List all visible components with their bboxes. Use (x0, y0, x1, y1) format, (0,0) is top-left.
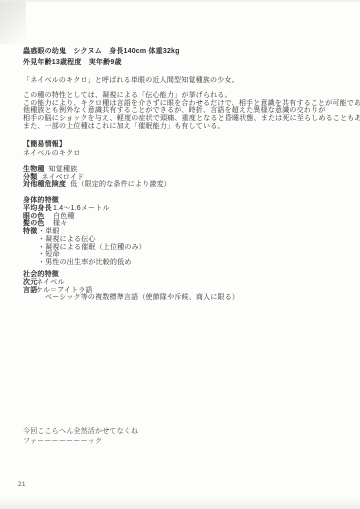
scan-corner-shadow (0, 0, 26, 44)
field-label: 平均身長 (23, 205, 53, 213)
description-line: 相手の脳にショックを与え、軽度の症状で頭痛、重度となると昏睡状態、または死に至ら… (23, 115, 360, 123)
language-extra-line: ベーシック等の複数標準言語（使節隊や斥候、商人に限る） (45, 294, 239, 302)
footnote-line: 今回ここらへん全然活かせてなくね (23, 428, 138, 436)
field-label: 対他種危険度 (23, 181, 66, 189)
character-age-line: 外見年齢13歳程度 実年齢9歳 (23, 59, 180, 67)
page-number: 21 (18, 481, 26, 488)
field-label: 言語 (23, 287, 36, 295)
footnote-line: ファーーーーーーーック (23, 438, 138, 446)
traits-label: 特徴 (23, 228, 38, 267)
trait-item: ・短命 (38, 251, 146, 259)
field-value: 低（限定的な条件により激変） (70, 181, 171, 189)
physical-fields: 平均身長 1.4～1.6メートル 眼の色 白色種 髪の色 様々 特徴 ・単眼 ・… (23, 205, 146, 267)
field-value: 知覚種族 (49, 166, 78, 174)
character-title-line: 蟲惑眼の幼鬼 シクヌム 身長140cm 体重32kg (23, 48, 180, 56)
description-paragraph: この種の特性としては、凝視による「伝心能力」が挙げられる。 この能力により、キク… (23, 92, 360, 131)
field-label: 髪の色 (23, 220, 53, 228)
field-label: 次元 (23, 279, 36, 287)
trait-item: ・男性の出生率が比較的低め (38, 259, 146, 267)
social-field-row: 次元 ネイベル (23, 279, 93, 287)
field-value: 様々 (53, 220, 67, 228)
traits-list: ・単眼 ・凝視による伝心 ・凝視による催眠（上位種のみ） ・短命 ・男性の出生率… (38, 228, 146, 267)
traits-row: 特徴 ・単眼 ・凝視による伝心 ・凝視による催眠（上位種のみ） ・短命 ・男性の… (23, 228, 146, 267)
scanned-document-page: 蟲惑眼の幼鬼 シクヌム 身長140cm 体重32kg 外見年齢13歳程度 実年齢… (0, 0, 360, 509)
info-section-title: 【簡易情報】 (23, 141, 66, 149)
bio-field-row: 生物種 知覚種族 (23, 166, 171, 174)
social-fields: 次元 ネイベル 言語 ケル＝アイトラ語 (23, 279, 93, 294)
trait-item: ・凝視による伝心 (38, 236, 146, 244)
scan-bottom-edge-shadow (0, 496, 360, 509)
character-header: 蟲惑眼の幼鬼 シクヌム 身長140cm 体重32kg 外見年齢13歳程度 実年齢… (23, 48, 180, 66)
description-line: 他種族とも例外なく意識共有することができるが、時折、言語を超えた異様な意識の交わ… (23, 107, 360, 115)
description-line: この種の特性としては、凝視による「伝心能力」が挙げられる。 (23, 92, 360, 100)
scan-top-edge-shadow (0, 0, 360, 3)
physical-field-row: 平均身長 1.4～1.6メートル (23, 205, 146, 213)
physical-section-title: 身体的特徴 (23, 197, 59, 205)
trait-item: ・単眼 (38, 228, 146, 236)
field-value: 1.4～1.6メートル (53, 205, 110, 213)
description-line: また、一部の上位種はこれに加え「催眠能力」も有している。 (23, 123, 360, 131)
field-value: ネイベル (36, 279, 65, 287)
intro-sentence: 「ネイベルのキクロ」と呼ばれる単眼の近人間型知覚種族の少女。 (23, 77, 239, 85)
social-section-title: 社会的特徴 (23, 271, 59, 279)
field-label: 生物種 (23, 166, 45, 174)
physical-field-row: 髪の色 様々 (23, 220, 146, 228)
bio-fields: 生物種 知覚種族 分類 ネイベロイド 対他種危険度 低（限定的な条件により激変） (23, 166, 171, 189)
info-section-name: ネイベルのキクロ (23, 150, 80, 158)
bio-field-row: 対他種危険度 低（限定的な条件により激変） (23, 181, 171, 189)
author-footnote: 今回ここらへん全然活かせてなくね ファーーーーーーーック (23, 428, 138, 445)
